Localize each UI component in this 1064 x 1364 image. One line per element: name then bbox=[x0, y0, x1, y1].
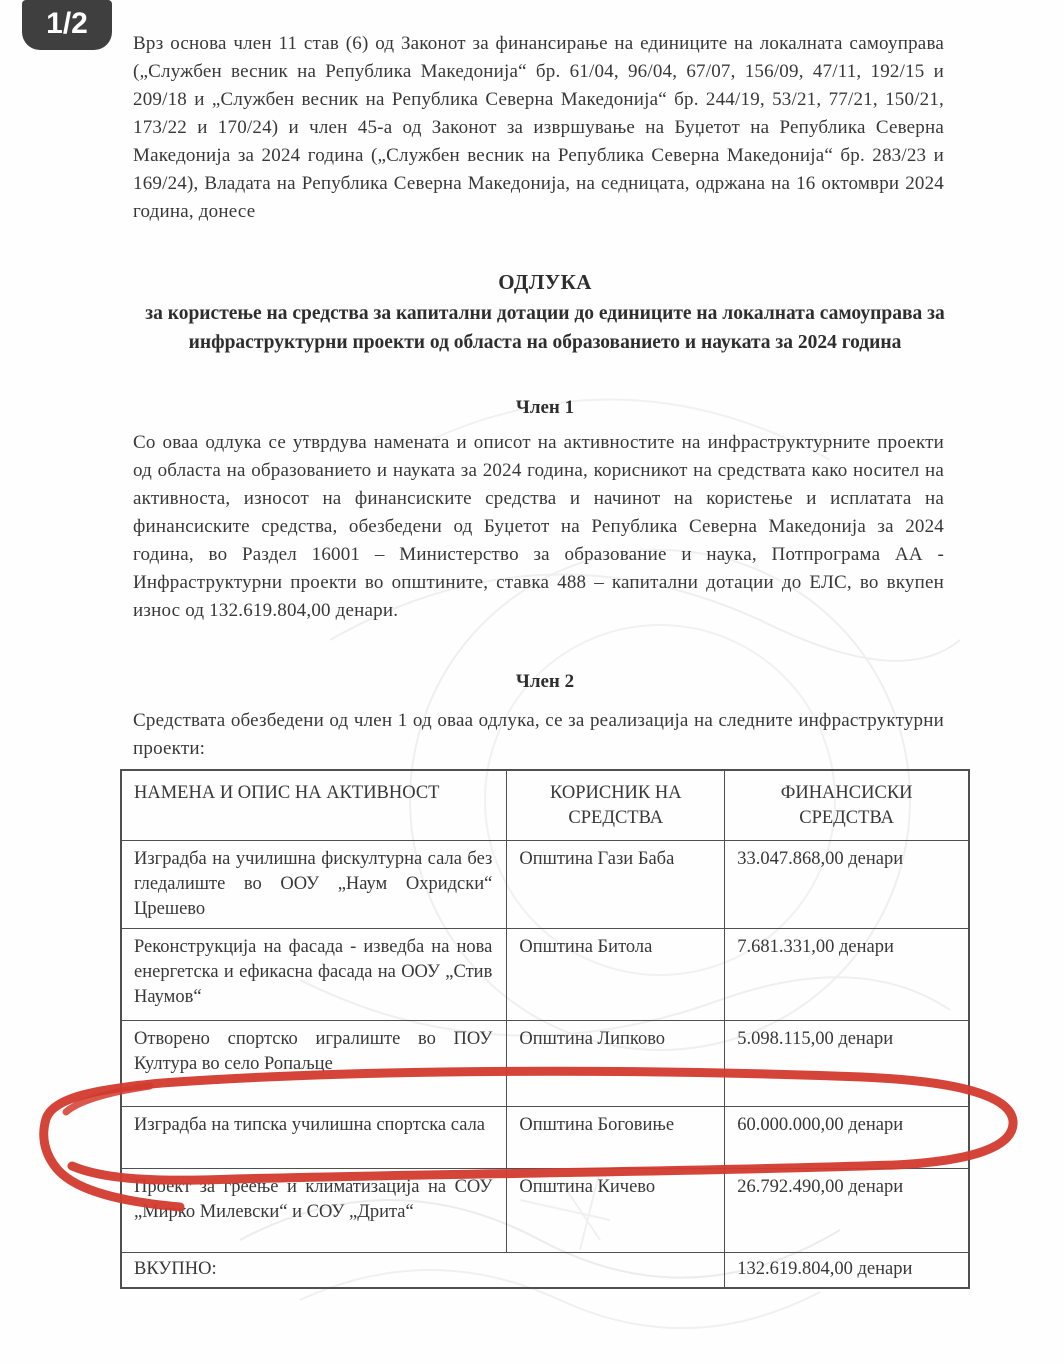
amount-cell: 33.047.868,00 денари bbox=[725, 840, 969, 928]
page-number-badge: 1/2 bbox=[22, 0, 112, 50]
table-row-highlighted: Отворено спортско игралиште во ПОУ Култу… bbox=[121, 1020, 969, 1106]
intro-paragraph: Врз основа член 11 став (6) од Законот з… bbox=[120, 30, 970, 226]
table-row: Реконструкција на фасада - изведба на но… bbox=[121, 928, 969, 1020]
table-row: Изградба на типска училишна спортска сал… bbox=[121, 1106, 969, 1168]
total-label-cell: ВКУПНО: bbox=[121, 1252, 725, 1288]
total-amount-cell: 132.619.804,00 денари bbox=[725, 1252, 969, 1288]
amount-cell: 60.000.000,00 денари bbox=[725, 1106, 969, 1168]
activity-cell: Проект за греење и климатизација на СОУ … bbox=[121, 1168, 507, 1252]
header-beneficiary: КОРИСНИК НА СРЕДСТВА bbox=[507, 770, 725, 840]
amount-cell: 26.792.490,00 денари bbox=[725, 1168, 969, 1252]
scanned-document-page: 1/2 Врз основа член 11 став (6) од Закон… bbox=[0, 0, 1064, 1364]
amount-cell: 7.681.331,00 денари bbox=[725, 928, 969, 1020]
activity-cell: Изградба на типска училишна спортска сал… bbox=[121, 1106, 507, 1168]
document-content: Врз основа член 11 став (6) од Законот з… bbox=[120, 0, 970, 1289]
article-1-body: Со оваа одлука се утврдува намената и оп… bbox=[120, 429, 970, 625]
header-amount: ФИНАНСИСКИ СРЕДСТВА bbox=[725, 770, 969, 840]
article-2-heading: Член 2 bbox=[120, 671, 970, 693]
table-total-row: ВКУПНО: 132.619.804,00 денари bbox=[121, 1252, 969, 1288]
header-activity: НАМЕНА И ОПИС НА АКТИВНОСТ bbox=[121, 770, 507, 840]
beneficiary-cell: Општина Липково bbox=[507, 1020, 725, 1106]
decision-title: ОДЛУКА bbox=[120, 270, 970, 295]
amount-cell: 5.098.115,00 денари bbox=[725, 1020, 969, 1106]
activity-cell: Изградба на училишна фискултурна сала бе… bbox=[121, 840, 507, 928]
article-2-body: Средствата обезбедени од член 1 од оваа … bbox=[120, 707, 970, 763]
grants-table: НАМЕНА И ОПИС НА АКТИВНОСТ КОРИСНИК НА С… bbox=[120, 769, 970, 1289]
beneficiary-cell: Општина Кичево bbox=[507, 1168, 725, 1252]
table-row: Проект за греење и климатизација на СОУ … bbox=[121, 1168, 969, 1252]
table-header-row: НАМЕНА И ОПИС НА АКТИВНОСТ КОРИСНИК НА С… bbox=[121, 770, 969, 840]
article-1-heading: Член 1 bbox=[120, 397, 970, 419]
beneficiary-cell: Општина Битола bbox=[507, 928, 725, 1020]
beneficiary-cell: Општина Гази Баба bbox=[507, 840, 725, 928]
table-row: Изградба на училишна фискултурна сала бе… bbox=[121, 840, 969, 928]
decision-subtitle: за користење на средства за капитални до… bbox=[120, 299, 970, 357]
activity-cell: Отворено спортско игралиште во ПОУ Култу… bbox=[121, 1020, 507, 1106]
beneficiary-cell: Општина Боговиње bbox=[507, 1106, 725, 1168]
activity-cell: Реконструкција на фасада - изведба на но… bbox=[121, 928, 507, 1020]
